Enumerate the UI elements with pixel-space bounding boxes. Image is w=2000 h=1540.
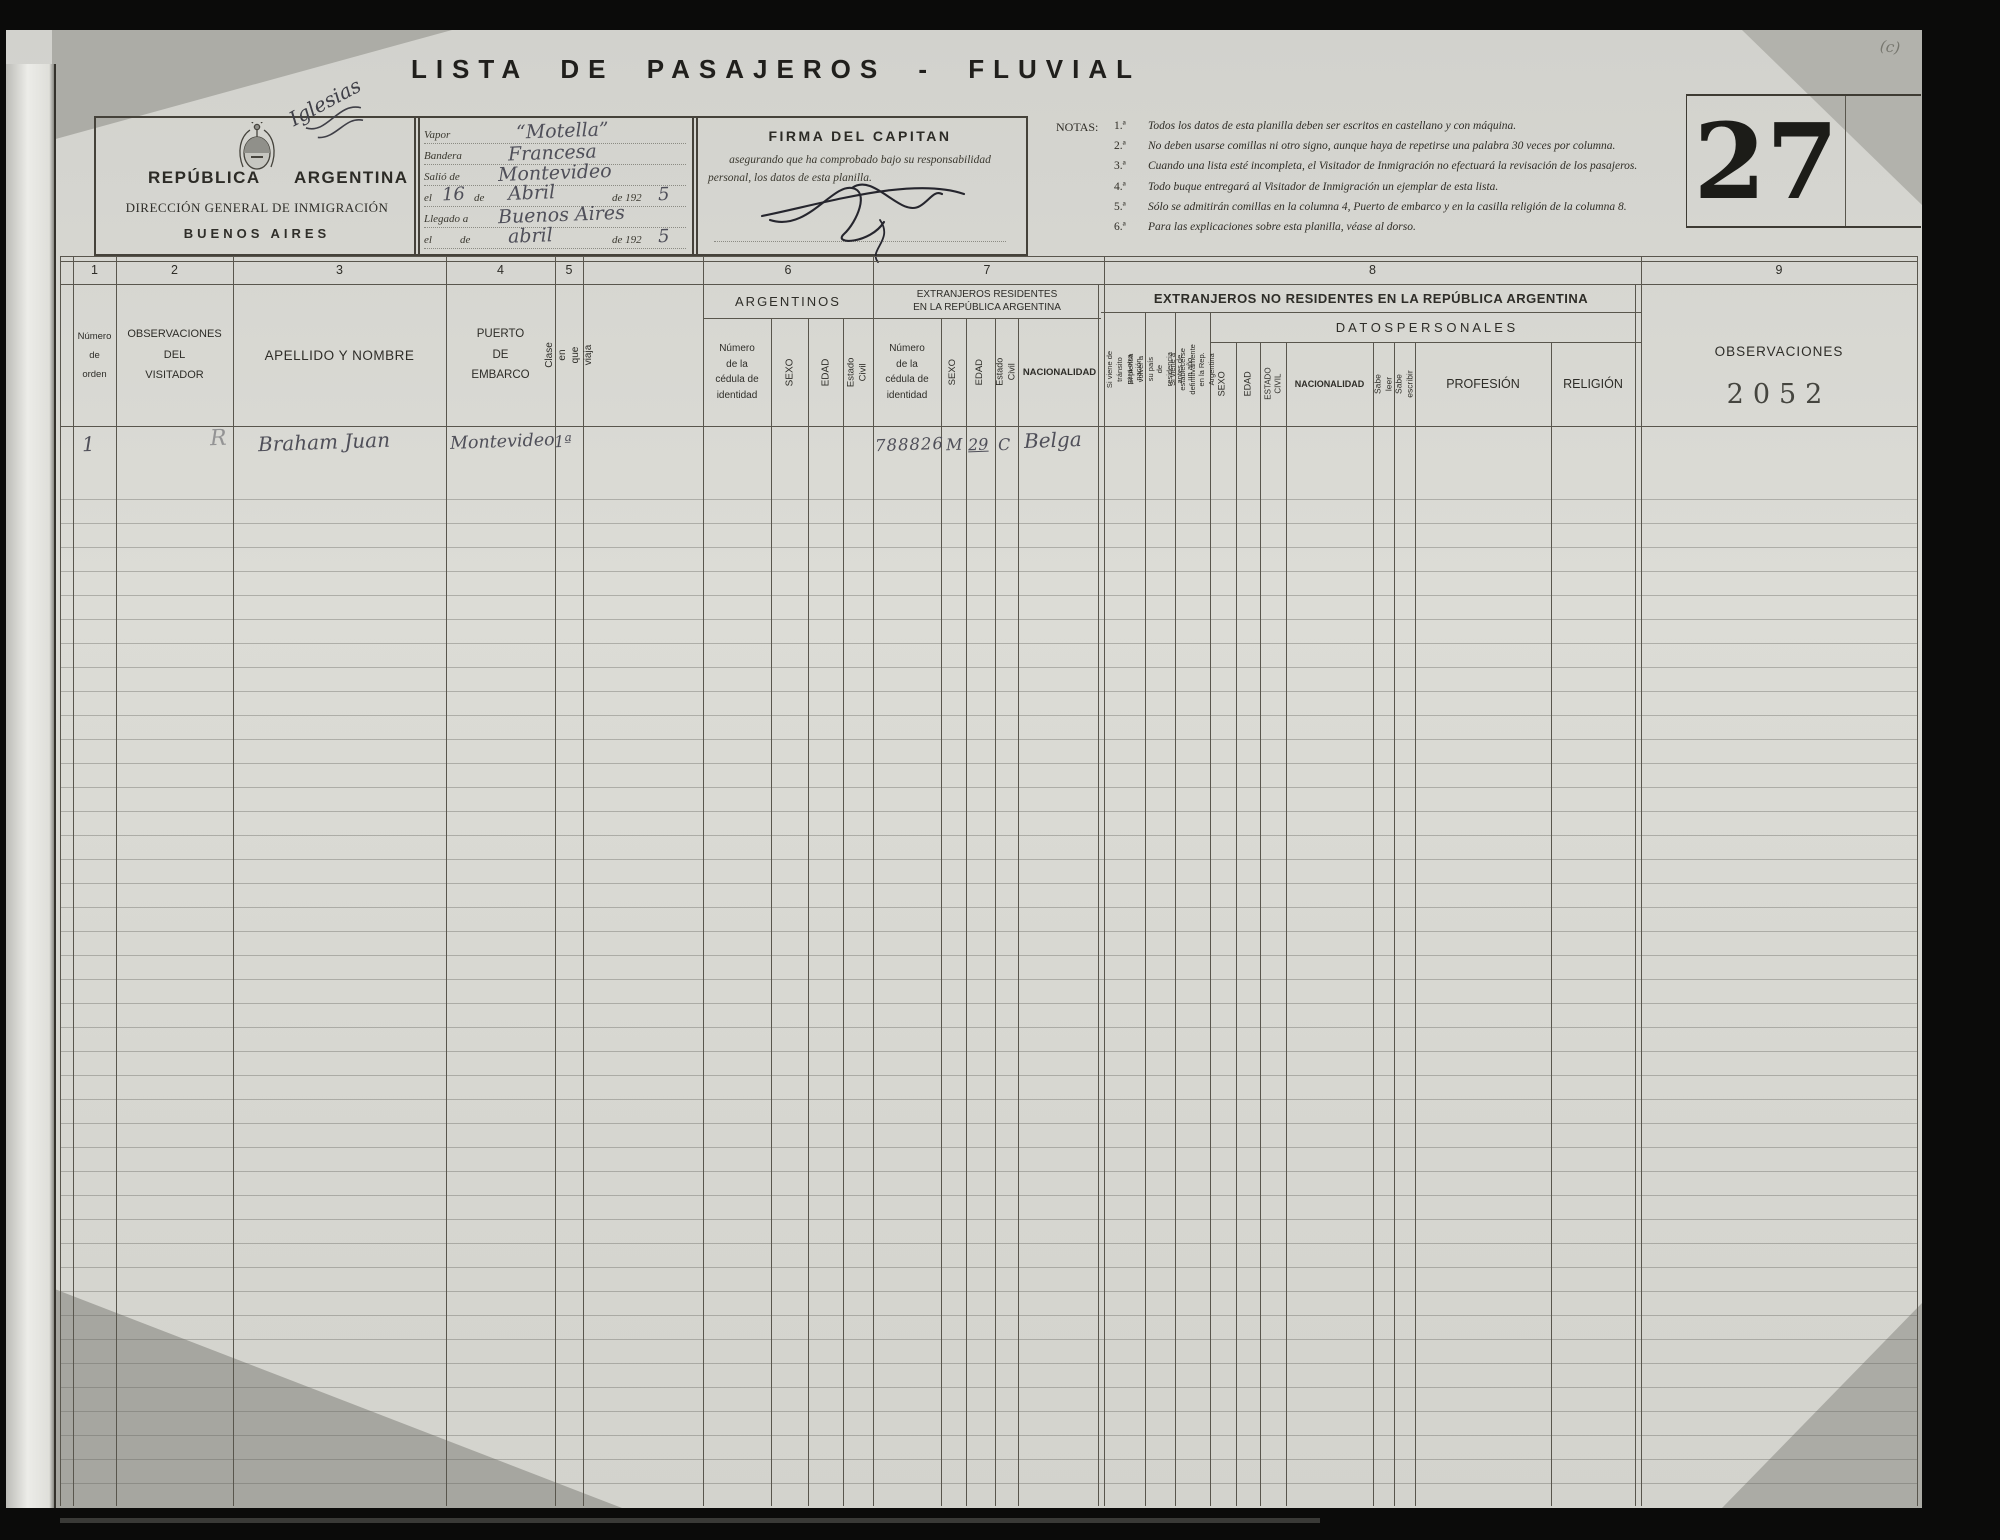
colnum-1: 1 [73, 256, 116, 284]
salio-el-label: el [424, 192, 432, 204]
nota-item: 4.ª Todo buque entregará al Visitador de… [1056, 181, 1686, 194]
rot-text: ESTADO CIVIL [1263, 368, 1282, 400]
rot-text: SEXO [783, 358, 796, 386]
vline [446, 256, 447, 1506]
row1-estado-civil: C [998, 435, 1011, 454]
row1-visitador-mark: R [210, 426, 227, 452]
llegado-de-label: de [460, 234, 470, 246]
salio-de-label: de [474, 192, 484, 204]
nota-text: Todo buque entregará al Visitador de Inm… [1148, 181, 1498, 193]
org-country-left: REPÚBLICA [148, 168, 261, 188]
form-line [424, 248, 686, 249]
header-nacionalidad-residentes: NACIONALIDAD [1018, 318, 1101, 426]
nota-item: 2.ª No deben usarse comillas ni otro sig… [1056, 140, 1686, 153]
header-clase-viaja: Clase en que viaja [555, 284, 583, 426]
vline [1641, 256, 1642, 1506]
captain-box: FIRMA DEL CAPITAN asegurando que ha comp… [692, 116, 1028, 256]
page-edge-glimpse [60, 1518, 1320, 1523]
vline [843, 318, 844, 1506]
llegado-year-label: de 192 [612, 234, 642, 246]
hline [60, 426, 1918, 427]
document-page: (c) LISTA DE PASAJEROS - FLUVIAL REPÚBLI… [6, 30, 1922, 1508]
vline [808, 318, 809, 1506]
salio-label: Salió de [424, 171, 460, 183]
ship-box: Vapor “Motella” Bandera Francesa Salió d… [414, 116, 698, 256]
nota-text: No deben usarse comillas ni otro signo, … [1148, 140, 1615, 152]
captain-signature [752, 160, 982, 252]
sheet-number-box: 27 [1686, 94, 1921, 228]
vline [966, 318, 967, 1506]
nota-num: 4.ª [1114, 181, 1146, 194]
row1-puerto: Montevideo [450, 430, 555, 454]
llegado-month: abril [508, 224, 553, 248]
header-flag-establecerse: Si viene a establecerse definitivamente … [1175, 312, 1210, 426]
form-line [424, 227, 686, 228]
vline [1551, 342, 1552, 1506]
vline [873, 256, 874, 1506]
header-apellido-nombre: APELLIDO Y NOMBRE [233, 284, 446, 426]
vline [1098, 284, 1099, 1506]
vline [1635, 284, 1636, 1506]
sheet-number: 27 [1687, 96, 1845, 226]
colnum-9: 9 [1641, 256, 1917, 284]
scanned-passenger-list: { "page": { "title": "LISTA DE PASAJEROS… [0, 0, 2000, 1540]
colnum-6: 6 [703, 256, 873, 284]
vline [771, 318, 772, 1506]
header-cedula-argentinos: Número de la cédula de identidad [703, 318, 771, 426]
nota-text: Todos los datos de esta planilla deben s… [1148, 120, 1516, 132]
header-numero-orden: Número de orden [73, 284, 116, 426]
nota-num: 2.ª [1114, 140, 1146, 153]
nota-text: Sólo se admitirán comillas en la columna… [1148, 201, 1627, 213]
vline [73, 256, 74, 1506]
nota-item: 5.ª Sólo se admitirán comillas en la col… [1056, 201, 1686, 214]
ruled-lines [61, 476, 1917, 1506]
row1-edad: 29 [968, 435, 989, 455]
colnum-5: 5 [555, 256, 583, 284]
nota-num: 6.ª [1114, 221, 1146, 234]
row1-clase: 1ª [554, 432, 572, 452]
colnum-8: 8 [1104, 256, 1641, 284]
vline [1018, 318, 1019, 1506]
vline [1236, 342, 1237, 1506]
nota-num: 1.ª [1114, 120, 1146, 133]
rot-text: Estado Civil [995, 358, 1018, 386]
colnum-4: 4 [446, 256, 555, 284]
vline [1394, 342, 1395, 1506]
rot-text: Sabe escribir [1393, 370, 1415, 397]
vline [995, 318, 996, 1506]
bandera-label: Bandera [424, 150, 462, 162]
salio-year: 5 [658, 184, 670, 205]
folio-pencil-note: (c) [1879, 37, 1901, 57]
header-estado-civil-residentes: Estado Civil [995, 318, 1018, 426]
vline [1917, 256, 1918, 1506]
rot-text: Sabe leer [1372, 374, 1394, 395]
rot-text: SEXO [947, 359, 959, 385]
book-spine [6, 64, 56, 1508]
vline [1286, 342, 1287, 1506]
vline [1145, 312, 1146, 1506]
nota-item: 3.ª Cuando una lista esté incompleta, el… [1056, 160, 1686, 173]
llegado-el-label: el [424, 234, 432, 246]
header-observaciones: OBSERVACIONES [1641, 336, 1917, 366]
notas-block: NOTAS: 1.ª Todos los datos de esta plani… [1056, 120, 1686, 241]
vline [1373, 342, 1374, 1506]
coat-of-arms-icon [234, 122, 280, 174]
salio-month: Abril [508, 181, 556, 205]
vline [1175, 312, 1176, 1506]
header-estado-civil-argentinos: Estado Civil [843, 318, 873, 426]
header-datos-personales: D A T O S P E R S O N A L E S [1210, 312, 1641, 342]
header-sexo-datos: SEXO [1210, 342, 1236, 426]
vline [941, 318, 942, 1506]
nota-item: 6.ª Para las explicaciones sobre esta pl… [1056, 221, 1686, 234]
header-puerto-embarco: PUERTO DE EMBARCO [446, 284, 555, 426]
rot-text: EDAD [1242, 371, 1254, 396]
captain-title: FIRMA DEL CAPITAN [694, 128, 1026, 144]
header-religion: RELIGIÓN [1551, 342, 1635, 426]
header-nacionalidad-datos: NACIONALIDAD [1286, 342, 1373, 426]
vapor-label: Vapor [424, 129, 450, 141]
row1-cedula: 788826 [875, 434, 945, 455]
header-sexo-argentinos: SEXO [771, 318, 808, 426]
rot-text: Estado Civil [846, 357, 871, 387]
nota-num: 3.ª [1114, 160, 1146, 173]
header-sabe-leer: Sabe leer [1373, 342, 1394, 426]
header-edad-residentes: EDAD [966, 318, 995, 426]
org-direccion: DIRECCIÓN GENERAL DE INMIGRACIÓN [96, 200, 418, 216]
llegado-value: Buenos Aires [498, 202, 625, 228]
vline [1104, 256, 1105, 1506]
vline [1260, 342, 1261, 1506]
row1-nombre: Braham Juan [258, 428, 391, 457]
header-sabe-escribir: Sabe escribir [1394, 342, 1415, 426]
header-extranjeros-residentes: EXTRANJEROS RESIDENTES EN LA REPÚBLICA A… [873, 284, 1101, 318]
nota-text: Cuando una lista esté incompleta, el Vis… [1148, 160, 1637, 172]
vline [1845, 96, 1846, 226]
vline [233, 256, 234, 1506]
colnum-7: 7 [873, 256, 1101, 284]
llegado-label: Llegado a [424, 213, 468, 225]
vline [116, 256, 117, 1506]
stamp-number: 2052 [1641, 374, 1917, 414]
header-extranjeros-no-residentes: EXTRANJEROS NO RESIDENTES EN LA REPÚBLIC… [1101, 284, 1641, 312]
header-sexo-residentes: SEXO [941, 318, 966, 426]
page-title: LISTA DE PASAJEROS - FLUVIAL [246, 54, 1306, 85]
header-estado-civil-datos: ESTADO CIVIL [1260, 342, 1286, 426]
vline [1415, 342, 1416, 1506]
vline [60, 256, 61, 1506]
colnum-2: 2 [116, 256, 233, 284]
vline [703, 256, 704, 1506]
rot-text: EDAD [819, 358, 832, 386]
rot-text: SEXO [1217, 371, 1229, 396]
org-country-right: ARGENTINA [294, 168, 409, 188]
org-box: REPÚBLICA ARGENTINA DIRECCIÓN GENERAL DE… [94, 116, 420, 256]
org-ciudad: BUENOS AIRES [96, 226, 418, 241]
row1-nacionalidad: Belga [1024, 427, 1082, 453]
passenger-table: 1 2 3 4 5 6 7 8 9 Número de orden OBSERV… [60, 256, 1918, 1506]
header-edad-argentinos: EDAD [808, 318, 843, 426]
nota-text: Para las explicaciones sobre esta planil… [1148, 221, 1416, 233]
header-profesion: PROFESIÓN [1415, 342, 1551, 426]
header-observaciones-visitador: OBSERVACIONES DEL VISITADOR [116, 284, 233, 426]
header-edad-datos: EDAD [1236, 342, 1260, 426]
rot-text: EDAD [974, 359, 986, 385]
salio-day: 16 [442, 184, 466, 206]
header-clase-viaja-text: Clase en que viaja [543, 341, 595, 369]
nota-num: 5.ª [1114, 201, 1146, 214]
header-argentinos: ARGENTINOS [703, 284, 873, 318]
llegado-year: 5 [658, 226, 670, 247]
row1-sexo: M [946, 435, 963, 455]
header-cedula-residentes: Número de la cédula de identidad [873, 318, 941, 426]
row1-numero: 1 [82, 432, 96, 456]
vline [1210, 312, 1211, 1506]
nota-item: 1.ª Todos los datos de esta planilla deb… [1056, 120, 1686, 133]
colnum-3: 3 [233, 256, 446, 284]
vline [583, 256, 584, 1506]
